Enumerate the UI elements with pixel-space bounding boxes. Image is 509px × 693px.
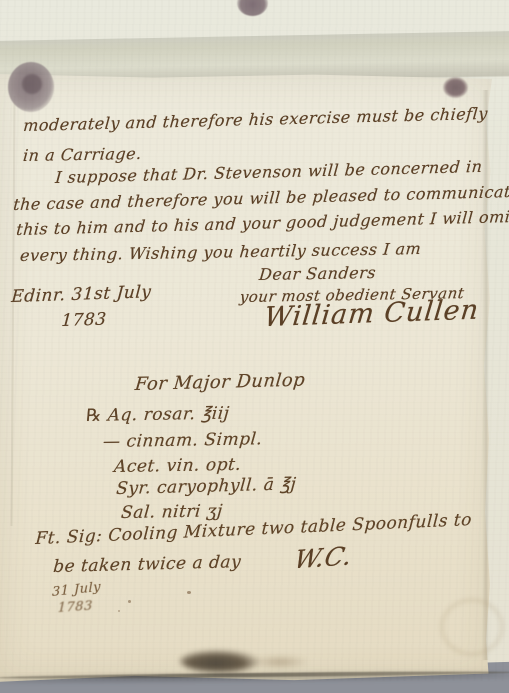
letter-line: in a Carriage.	[22, 144, 142, 165]
prescription-line: Sal. nitri ʒj	[120, 501, 223, 523]
torn-edge-shadow	[482, 90, 489, 660]
prescription-line: ℞ Aq. rosar. ℥iij	[85, 403, 230, 426]
dateline-year: 1783	[61, 309, 108, 331]
prescription-line: Acet. vin. opt.	[113, 455, 242, 477]
initials: W.C.	[292, 541, 356, 575]
manuscript-photo: moderately and therefore his exercise mu…	[0, 0, 509, 693]
prescription-line: — cinnam. Simpl.	[102, 429, 263, 452]
salutation: Dear Sanders	[258, 263, 377, 284]
prescription-heading: For Major Dunlop	[134, 370, 306, 396]
docket-year: 1783	[57, 599, 93, 617]
ink-speck	[187, 591, 191, 594]
ink-speck	[118, 610, 120, 612]
ink-speck	[128, 600, 131, 603]
ring-stain-bottom-right	[440, 598, 504, 656]
